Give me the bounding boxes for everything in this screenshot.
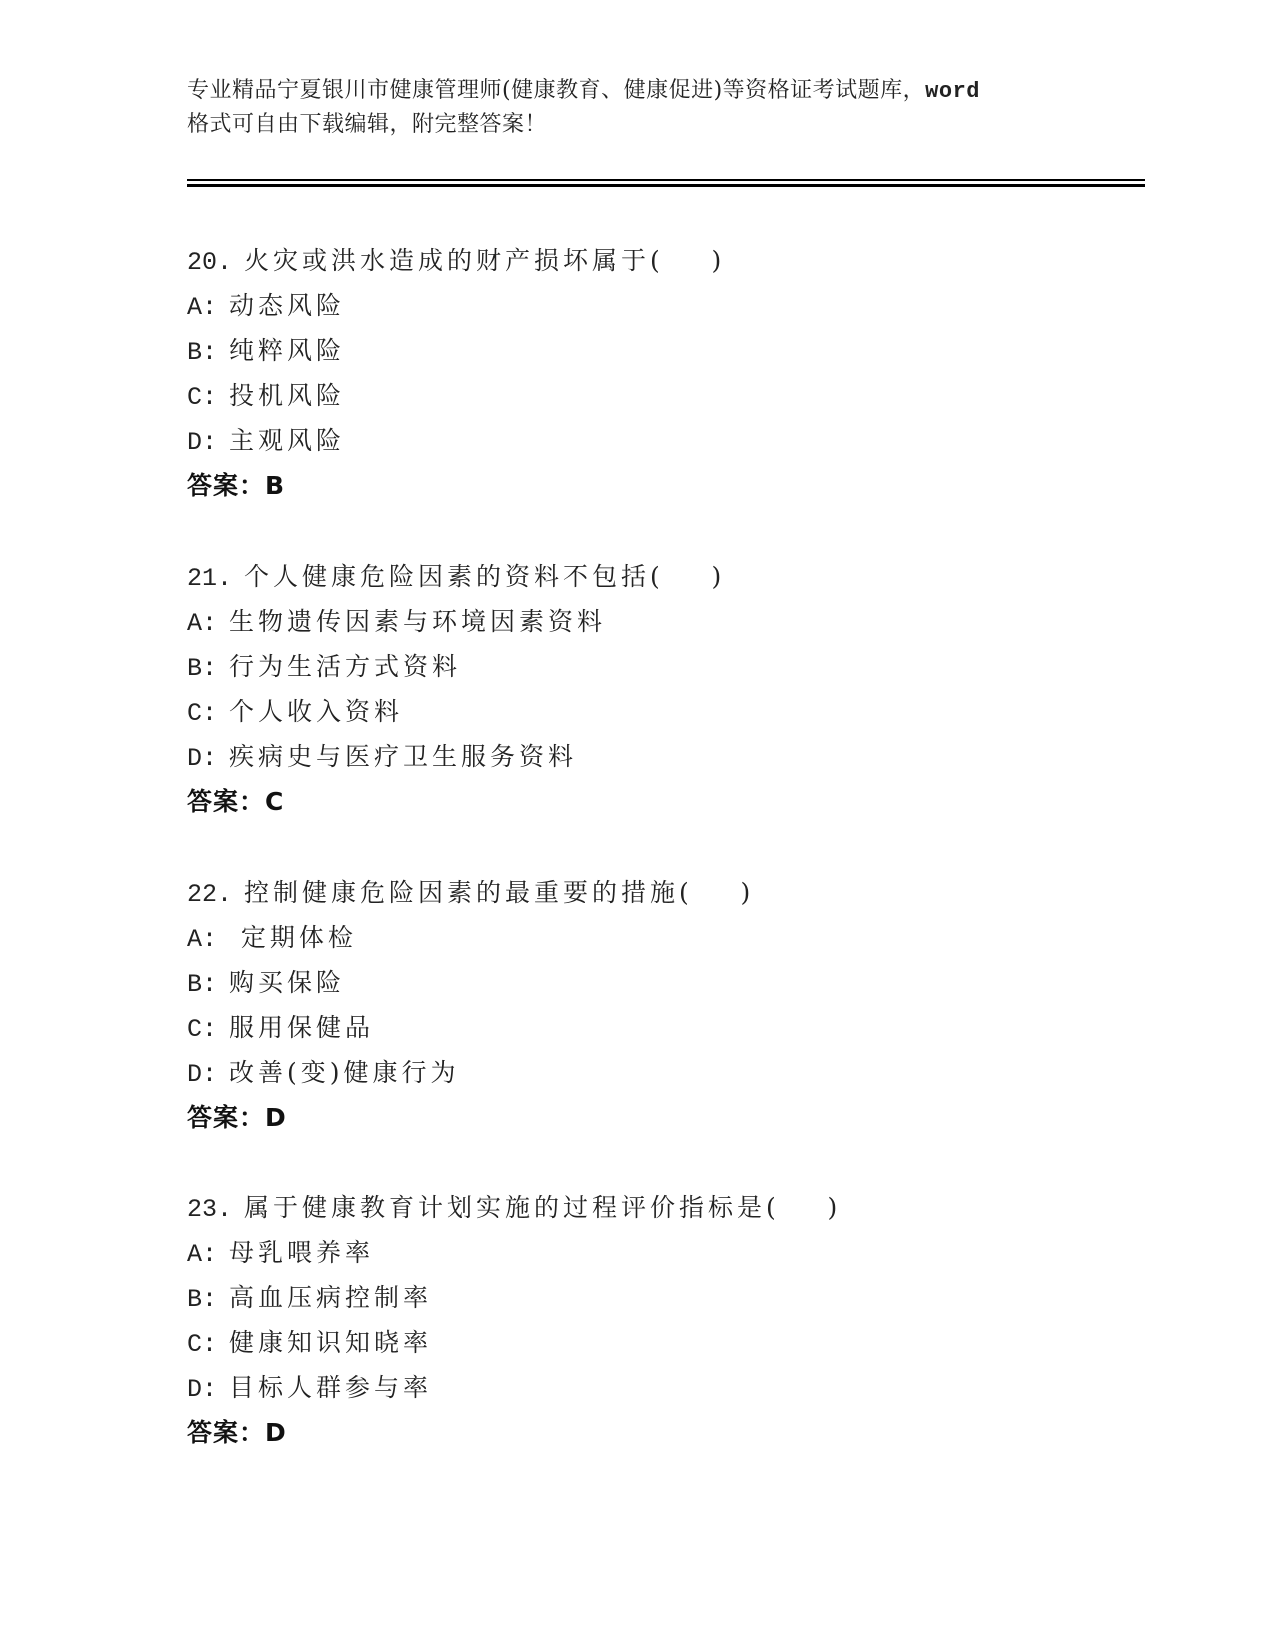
option-label: A: xyxy=(187,925,217,954)
header-line-1: 专业精品宁夏银川市健康管理师(健康教育、健康促进)等资格证考试题库，word xyxy=(187,74,1087,108)
option-text: 主观风险 xyxy=(217,426,345,455)
option-text: 个人收入资料 xyxy=(217,697,403,726)
option-label: A: xyxy=(187,609,217,638)
answer-line: 答案：B xyxy=(187,463,1087,508)
option-label: B: xyxy=(187,1285,217,1314)
option-label: C: xyxy=(187,1330,217,1359)
option-text: 火灾或洪水造成的财产损坏属于( ) xyxy=(232,246,725,275)
option-b: B: 购买保险 xyxy=(187,960,1087,1005)
option-label: A: xyxy=(187,293,217,322)
option-d: D: 疾病史与医疗卫生服务资料 xyxy=(187,734,1087,779)
option-label: D: xyxy=(187,1375,217,1404)
option-text: 行为生活方式资料 xyxy=(217,652,461,681)
option-text: 属于健康教育计划实施的过程评价指标是( ) xyxy=(232,1193,841,1222)
option-text: 购买保险 xyxy=(217,968,345,997)
question-block-21: 21. 个人健康危险因素的资料不包括( ) A: 生物遗传因素与环境因素资料 B… xyxy=(187,554,1087,824)
answer-line: 答案：C xyxy=(187,779,1087,824)
header-divider-thick xyxy=(187,184,1145,187)
option-c: C: 个人收入资料 xyxy=(187,689,1087,734)
option-label: 22. xyxy=(187,880,232,909)
option-b: B: 行为生活方式资料 xyxy=(187,644,1087,689)
option-text: 纯粹风险 xyxy=(217,336,345,365)
option-text: 目标人群参与率 xyxy=(217,1373,432,1402)
option-c: C: 健康知识知晓率 xyxy=(187,1320,1087,1365)
option-label: 20. xyxy=(187,248,232,277)
option-text: 高血压病控制率 xyxy=(217,1283,432,1312)
option-text: 定期体检 xyxy=(217,923,357,952)
option-a: A: 母乳喂养率 xyxy=(187,1230,1087,1275)
option-a: A: 动态风险 xyxy=(187,283,1087,328)
option-text: 服用保健品 xyxy=(217,1013,374,1042)
option-text: 健康知识知晓率 xyxy=(217,1328,432,1357)
header-word-label: word xyxy=(925,79,980,104)
option-label: B: xyxy=(187,970,217,999)
option-label: A: xyxy=(187,1240,217,1269)
option-b: B: 高血压病控制率 xyxy=(187,1275,1087,1320)
document-header: 专业精品宁夏银川市健康管理师(健康教育、健康促进)等资格证考试题库，word 格… xyxy=(187,74,1087,141)
answer-line: 答案：D xyxy=(187,1410,1087,1455)
question-stem: 21. 个人健康危险因素的资料不包括( ) xyxy=(187,554,1087,599)
option-label: 21. xyxy=(187,564,232,593)
option-text: 母乳喂养率 xyxy=(217,1238,374,1267)
option-text: 动态风险 xyxy=(217,291,345,320)
option-text: 生物遗传因素与环境因素资料 xyxy=(217,607,606,636)
option-text: 改善(变)健康行为 xyxy=(217,1058,459,1087)
header-divider-thin xyxy=(187,179,1145,181)
question-stem: 23. 属于健康教育计划实施的过程评价指标是( ) xyxy=(187,1185,1087,1230)
option-label: C: xyxy=(187,383,217,412)
option-label: D: xyxy=(187,744,217,773)
option-text: 控制健康危险因素的最重要的措施( ) xyxy=(232,878,754,907)
option-label: B: xyxy=(187,338,217,367)
option-label: C: xyxy=(187,699,217,728)
question-block-22: 22. 控制健康危险因素的最重要的措施( ) A: 定期体检 B: 购买保险 C… xyxy=(187,870,1087,1140)
question-stem: 22. 控制健康危险因素的最重要的措施( ) xyxy=(187,870,1087,915)
question-block-20: 20. 火灾或洪水造成的财产损坏属于( ) A: 动态风险 B: 纯粹风险 C:… xyxy=(187,238,1087,508)
option-label: D: xyxy=(187,428,217,457)
option-c: C: 服用保健品 xyxy=(187,1005,1087,1050)
header-line-2: 格式可自由下载编辑，附完整答案！ xyxy=(187,108,1087,141)
option-text: 疾病史与医疗卫生服务资料 xyxy=(217,742,577,771)
option-c: C: 投机风险 xyxy=(187,373,1087,418)
option-label: 23. xyxy=(187,1195,232,1224)
option-d: D: 目标人群参与率 xyxy=(187,1365,1087,1410)
option-label: C: xyxy=(187,1015,217,1044)
option-d: D: 主观风险 xyxy=(187,418,1087,463)
option-label: B: xyxy=(187,654,217,683)
question-block-23: 23. 属于健康教育计划实施的过程评价指标是( ) A: 母乳喂养率 B: 高血… xyxy=(187,1185,1087,1455)
option-a: A: 定期体检 xyxy=(187,915,1087,960)
option-text: 个人健康危险因素的资料不包括( ) xyxy=(232,562,725,591)
question-stem: 20. 火灾或洪水造成的财产损坏属于( ) xyxy=(187,238,1087,283)
option-label: D: xyxy=(187,1060,217,1089)
option-d: D: 改善(变)健康行为 xyxy=(187,1050,1087,1095)
option-text: 投机风险 xyxy=(217,381,345,410)
option-a: A: 生物遗传因素与环境因素资料 xyxy=(187,599,1087,644)
option-b: B: 纯粹风险 xyxy=(187,328,1087,373)
answer-line: 答案：D xyxy=(187,1095,1087,1140)
